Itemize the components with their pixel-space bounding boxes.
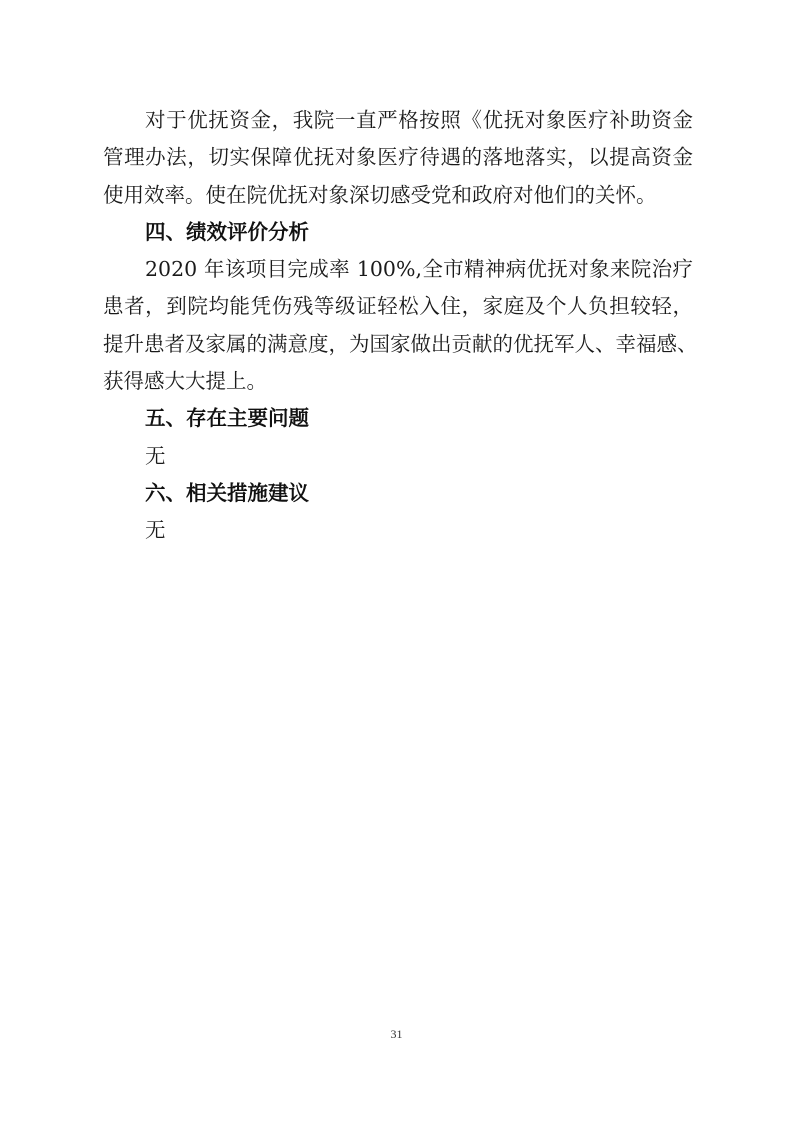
paragraph-line: 患者，到院均能凭伤残等级证轻松入住，家庭及个人负担较轻， [103,293,693,319]
paragraph-line: 对于优抚资金，我院一直严格按照《优抚对象医疗补助资金 [145,107,693,133]
paragraph-line: 管理办法，切实保障优抚对象医疗待遇的落地落实，以提高资金 [103,144,693,170]
paragraph-line: 获得感大大提上。 [103,368,693,394]
paragraph-line: 2020 年该项目完成率 100%,全市精神病优抚对象来院治疗 [145,256,693,282]
section-heading-main-problems: 五、存在主要问题 [145,405,693,431]
paragraph-line: 使用效率。使在院优抚对象深切感受党和政府对他们的关怀。 [103,182,693,208]
section-body-main-problems: 无 [145,443,693,469]
paragraph-line: 提升患者及家属的满意度，为国家做出贡献的优抚军人、幸福感、 [103,331,693,357]
section-body-suggestions: 无 [145,517,693,543]
page-number: 31 [0,1027,793,1042]
section-heading-performance-evaluation: 四、绩效评价分析 [145,219,693,245]
section-heading-suggestions: 六、相关措施建议 [145,480,693,506]
